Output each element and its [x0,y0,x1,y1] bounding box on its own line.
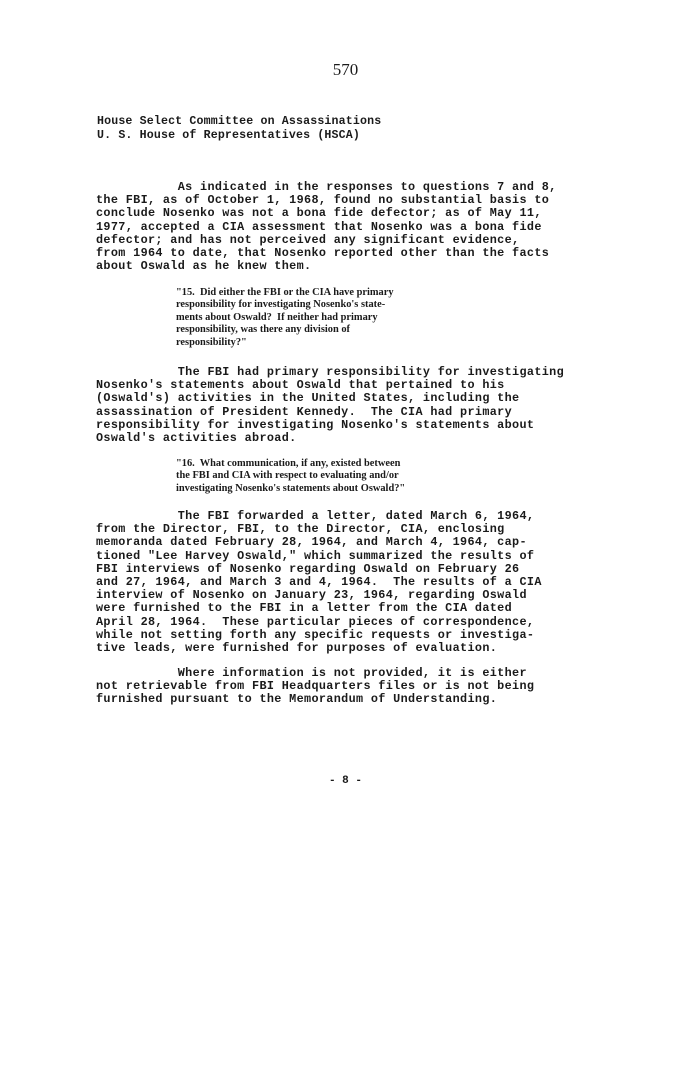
question-15: "15. Did either the FBI or the CIA have … [176,287,394,349]
paragraph-fbi-cia-correspondence: The FBI forwarded a letter, dated March … [96,510,542,655]
text-line: furnished pursuant to the Memorandum of … [96,693,534,706]
text-line: responsibility, was there any division o… [176,324,394,336]
text-line: April 28, 1964. These particular pieces … [96,616,542,629]
text-line: "15. Did either the FBI or the CIA have … [176,287,394,299]
footer-page-number: - 8 - [0,775,691,787]
text-line: Oswald's activities abroad. [96,432,564,445]
text-line: investigating Nosenko's statements about… [176,483,405,495]
paragraph-information-not-provided: Where information is not provided, it is… [96,667,534,707]
text-line: (Oswald's) activities in the United Stat… [96,392,564,405]
text-line: were furnished to the FBI in a letter fr… [96,602,542,615]
text-line: about Oswald as he knew them. [96,260,557,273]
text-line: 1977, accepted a CIA assessment that Nos… [96,221,557,234]
text-line: memoranda dated February 28, 1964, and M… [96,536,542,549]
text-line: ments about Oswald? If neither had prima… [176,312,394,324]
paragraph-nosenko-bona-fide: As indicated in the responses to questio… [96,181,557,273]
text-line: conclude Nosenko was not a bona fide def… [96,207,557,220]
text-line: "16. What communication, if any, existed… [176,458,405,470]
addressee-header: House Select Committee on Assassinations… [97,115,381,142]
header-line-house: U. S. House of Representatives (HSCA) [97,129,381,143]
text-line: responsibility for investigating Nosenko… [176,299,394,311]
page-number: 570 [0,60,691,80]
text-line: tive leads, were furnished for purposes … [96,642,542,655]
text-line: the FBI and CIA with respect to evaluati… [176,470,405,482]
text-line: responsibility?" [176,337,394,349]
header-line-committee: House Select Committee on Assassinations [97,115,381,129]
text-line: tioned "Lee Harvey Oswald," which summar… [96,550,542,563]
text-line: assassination of President Kennedy. The … [96,406,564,419]
question-16: "16. What communication, if any, existed… [176,458,405,495]
paragraph-primary-responsibility: The FBI had primary responsibility for i… [96,366,564,445]
